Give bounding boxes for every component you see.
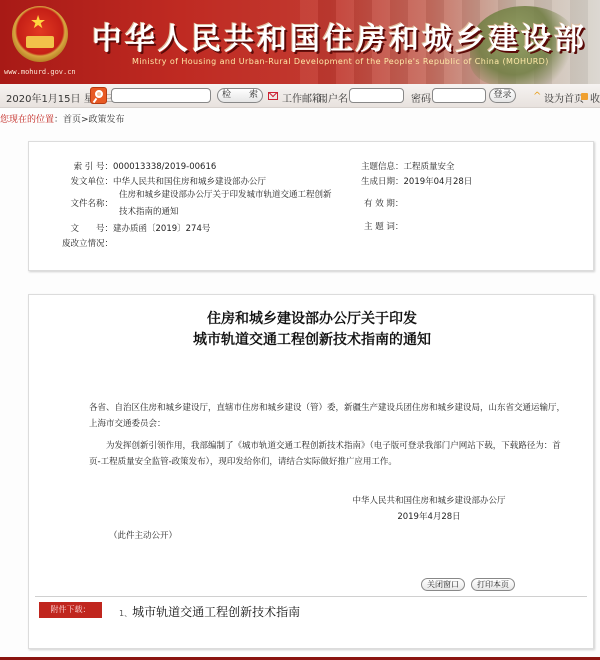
star-icon: ★ xyxy=(30,14,46,32)
site-banner: ★ www.mohurd.gov.cn 中华人民共和国住房和城乡建设部 Mini… xyxy=(0,0,600,84)
site-title: 中华人民共和国住房和城乡建设部 xyxy=(92,14,587,58)
breadcrumb-path[interactable]: ：首页>政策发布 xyxy=(54,115,125,125)
document-content-panel: 住房和城乡建设部办公厅关于印发 城市轨道交通工程创新技术指南的通知 各省、自治区… xyxy=(28,294,594,649)
search-icon[interactable] xyxy=(90,87,107,104)
toolbar: 2020年1月15日 星期三 检 索 工作邮箱： 用户名 密码 登录 ^ 设为首… xyxy=(0,84,600,108)
breadcrumb-label: 您现在的位置 xyxy=(0,115,54,125)
password-input[interactable] xyxy=(432,88,486,103)
print-page-button[interactable]: 打印本页 xyxy=(471,578,515,591)
issuer-label: 发文单位： xyxy=(49,175,113,187)
search-input[interactable] xyxy=(111,88,211,103)
keywords-label: 主 题 词： xyxy=(364,222,403,232)
document-title-line1: 住房和城乡建设部办公厅关于印发 xyxy=(29,309,595,330)
home-icon: ^ xyxy=(533,91,541,102)
doc-name-label: 文件名称： xyxy=(49,197,113,209)
close-window-button[interactable]: 关闭窗口 xyxy=(421,578,465,591)
attachments-label: 附件下载： xyxy=(39,602,102,618)
attachment-number: 1、 xyxy=(119,609,132,618)
doc-no-label: 文 号： xyxy=(49,222,113,234)
document-body: 为发挥创新引领作用，我部编制了《城市轨道交通工程创新技术指南》（电子版可登录我部… xyxy=(89,438,569,470)
date-label: 生成日期： xyxy=(361,177,404,187)
favorite-link[interactable]: 收藏 xyxy=(590,90,600,105)
set-home-link[interactable]: 设为首页 xyxy=(544,90,584,105)
breadcrumb: 您现在的位置：首页>政策发布 xyxy=(0,112,125,125)
issuer-value: 中华人民共和国住房和城乡建设部办公厅 xyxy=(113,177,266,187)
password-label: 密码 xyxy=(411,90,431,105)
doc-no-value: 建办质函〔2019〕274号 xyxy=(113,224,210,234)
national-emblem-icon: ★ xyxy=(12,6,68,62)
search-button[interactable]: 检 索 xyxy=(217,88,263,103)
document-signer: 中华人民共和国住房和城乡建设部办公厅 xyxy=(329,494,529,506)
document-addressee: 各省、自治区住房和城乡建设厅，直辖市住房和城乡建设（管）委，新疆生产建设兵团住房… xyxy=(89,400,569,432)
doc-name-value-line1: 住房和城乡建设部办公厅关于印发城市轨道交通工程创新 xyxy=(119,188,332,200)
attachment-title[interactable]: 城市轨道交通工程创新技术指南 xyxy=(132,605,300,619)
username-input[interactable] xyxy=(349,88,404,103)
login-button[interactable]: 登录 xyxy=(489,88,516,103)
doc-name-value-line2: 技术指南的通知 xyxy=(119,205,179,217)
document-title-line2: 城市轨道交通工程创新技术指南的通知 xyxy=(29,330,595,351)
status-label: 废改立情况： xyxy=(49,237,113,249)
document-sign-date: 2019年4月28日 xyxy=(329,510,529,522)
index-no-value: 000013338/2019-00616 xyxy=(113,162,216,172)
tiananmen-icon xyxy=(26,36,54,48)
topic-value: 工程质量安全 xyxy=(404,162,455,172)
site-subtitle: Ministry of Housing and Urban-Rural Deve… xyxy=(132,57,549,66)
site-url: www.mohurd.gov.cn xyxy=(4,68,76,76)
topic-label: 主题信息： xyxy=(361,162,404,172)
divider xyxy=(35,596,587,597)
disclosure-note: （此件主动公开） xyxy=(109,528,177,544)
document-metadata-panel: 索 引 号：000013338/2019-00616 发文单位：中华人民共和国住… xyxy=(28,141,594,271)
mail-icon[interactable] xyxy=(268,92,278,100)
date-value: 2019年04月28日 xyxy=(404,177,473,187)
validity-label: 有 效 期： xyxy=(364,199,403,209)
index-no-label: 索 引 号： xyxy=(49,160,113,172)
document-title: 住房和城乡建设部办公厅关于印发 城市轨道交通工程创新技术指南的通知 xyxy=(29,309,595,351)
username-label: 用户名 xyxy=(318,90,348,105)
favorite-icon xyxy=(581,93,588,100)
attachment-link[interactable]: 1、城市轨道交通工程创新技术指南 xyxy=(119,603,300,620)
